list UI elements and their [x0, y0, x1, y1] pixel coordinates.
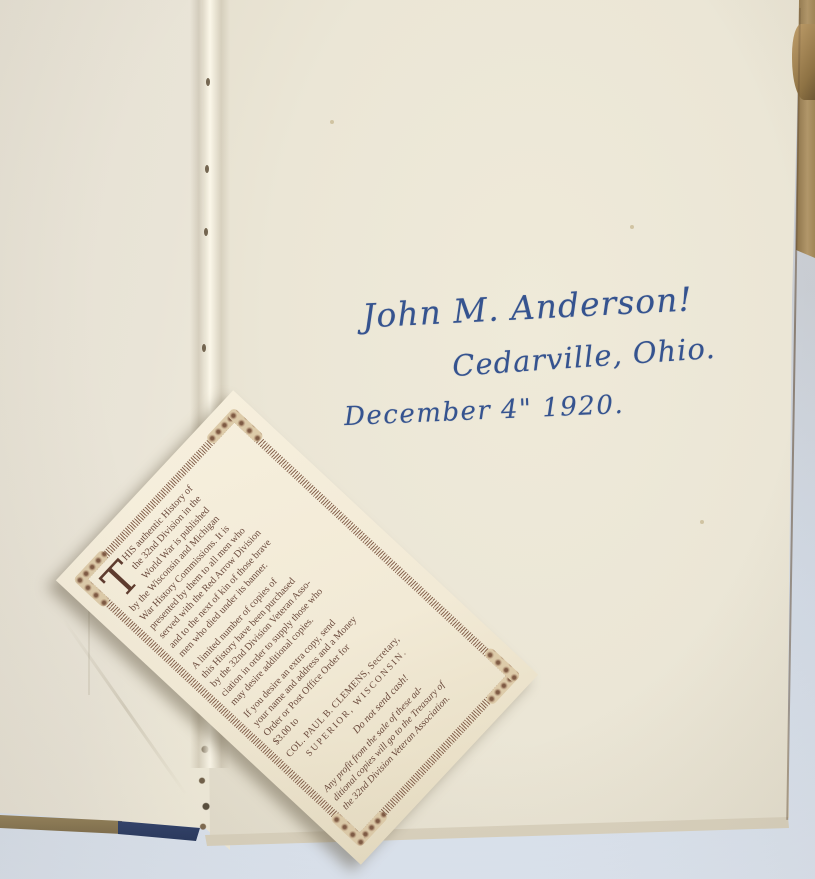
- foxing-spot: [700, 520, 704, 524]
- board-corner-wear: [792, 24, 815, 100]
- gutter-speck: [204, 228, 208, 236]
- promo-card-shadow-wrap: THIS authentic History of the 32nd Divis…: [167, 419, 427, 836]
- gutter-speck: [205, 165, 209, 173]
- photo-of-open-book: John M. Anderson! Cedarville, Ohio. Dece…: [0, 0, 815, 879]
- foxing-spot: [330, 120, 334, 124]
- gutter-speck: [202, 344, 206, 352]
- gutter-speck: [206, 78, 210, 86]
- foxing-spot: [630, 225, 634, 229]
